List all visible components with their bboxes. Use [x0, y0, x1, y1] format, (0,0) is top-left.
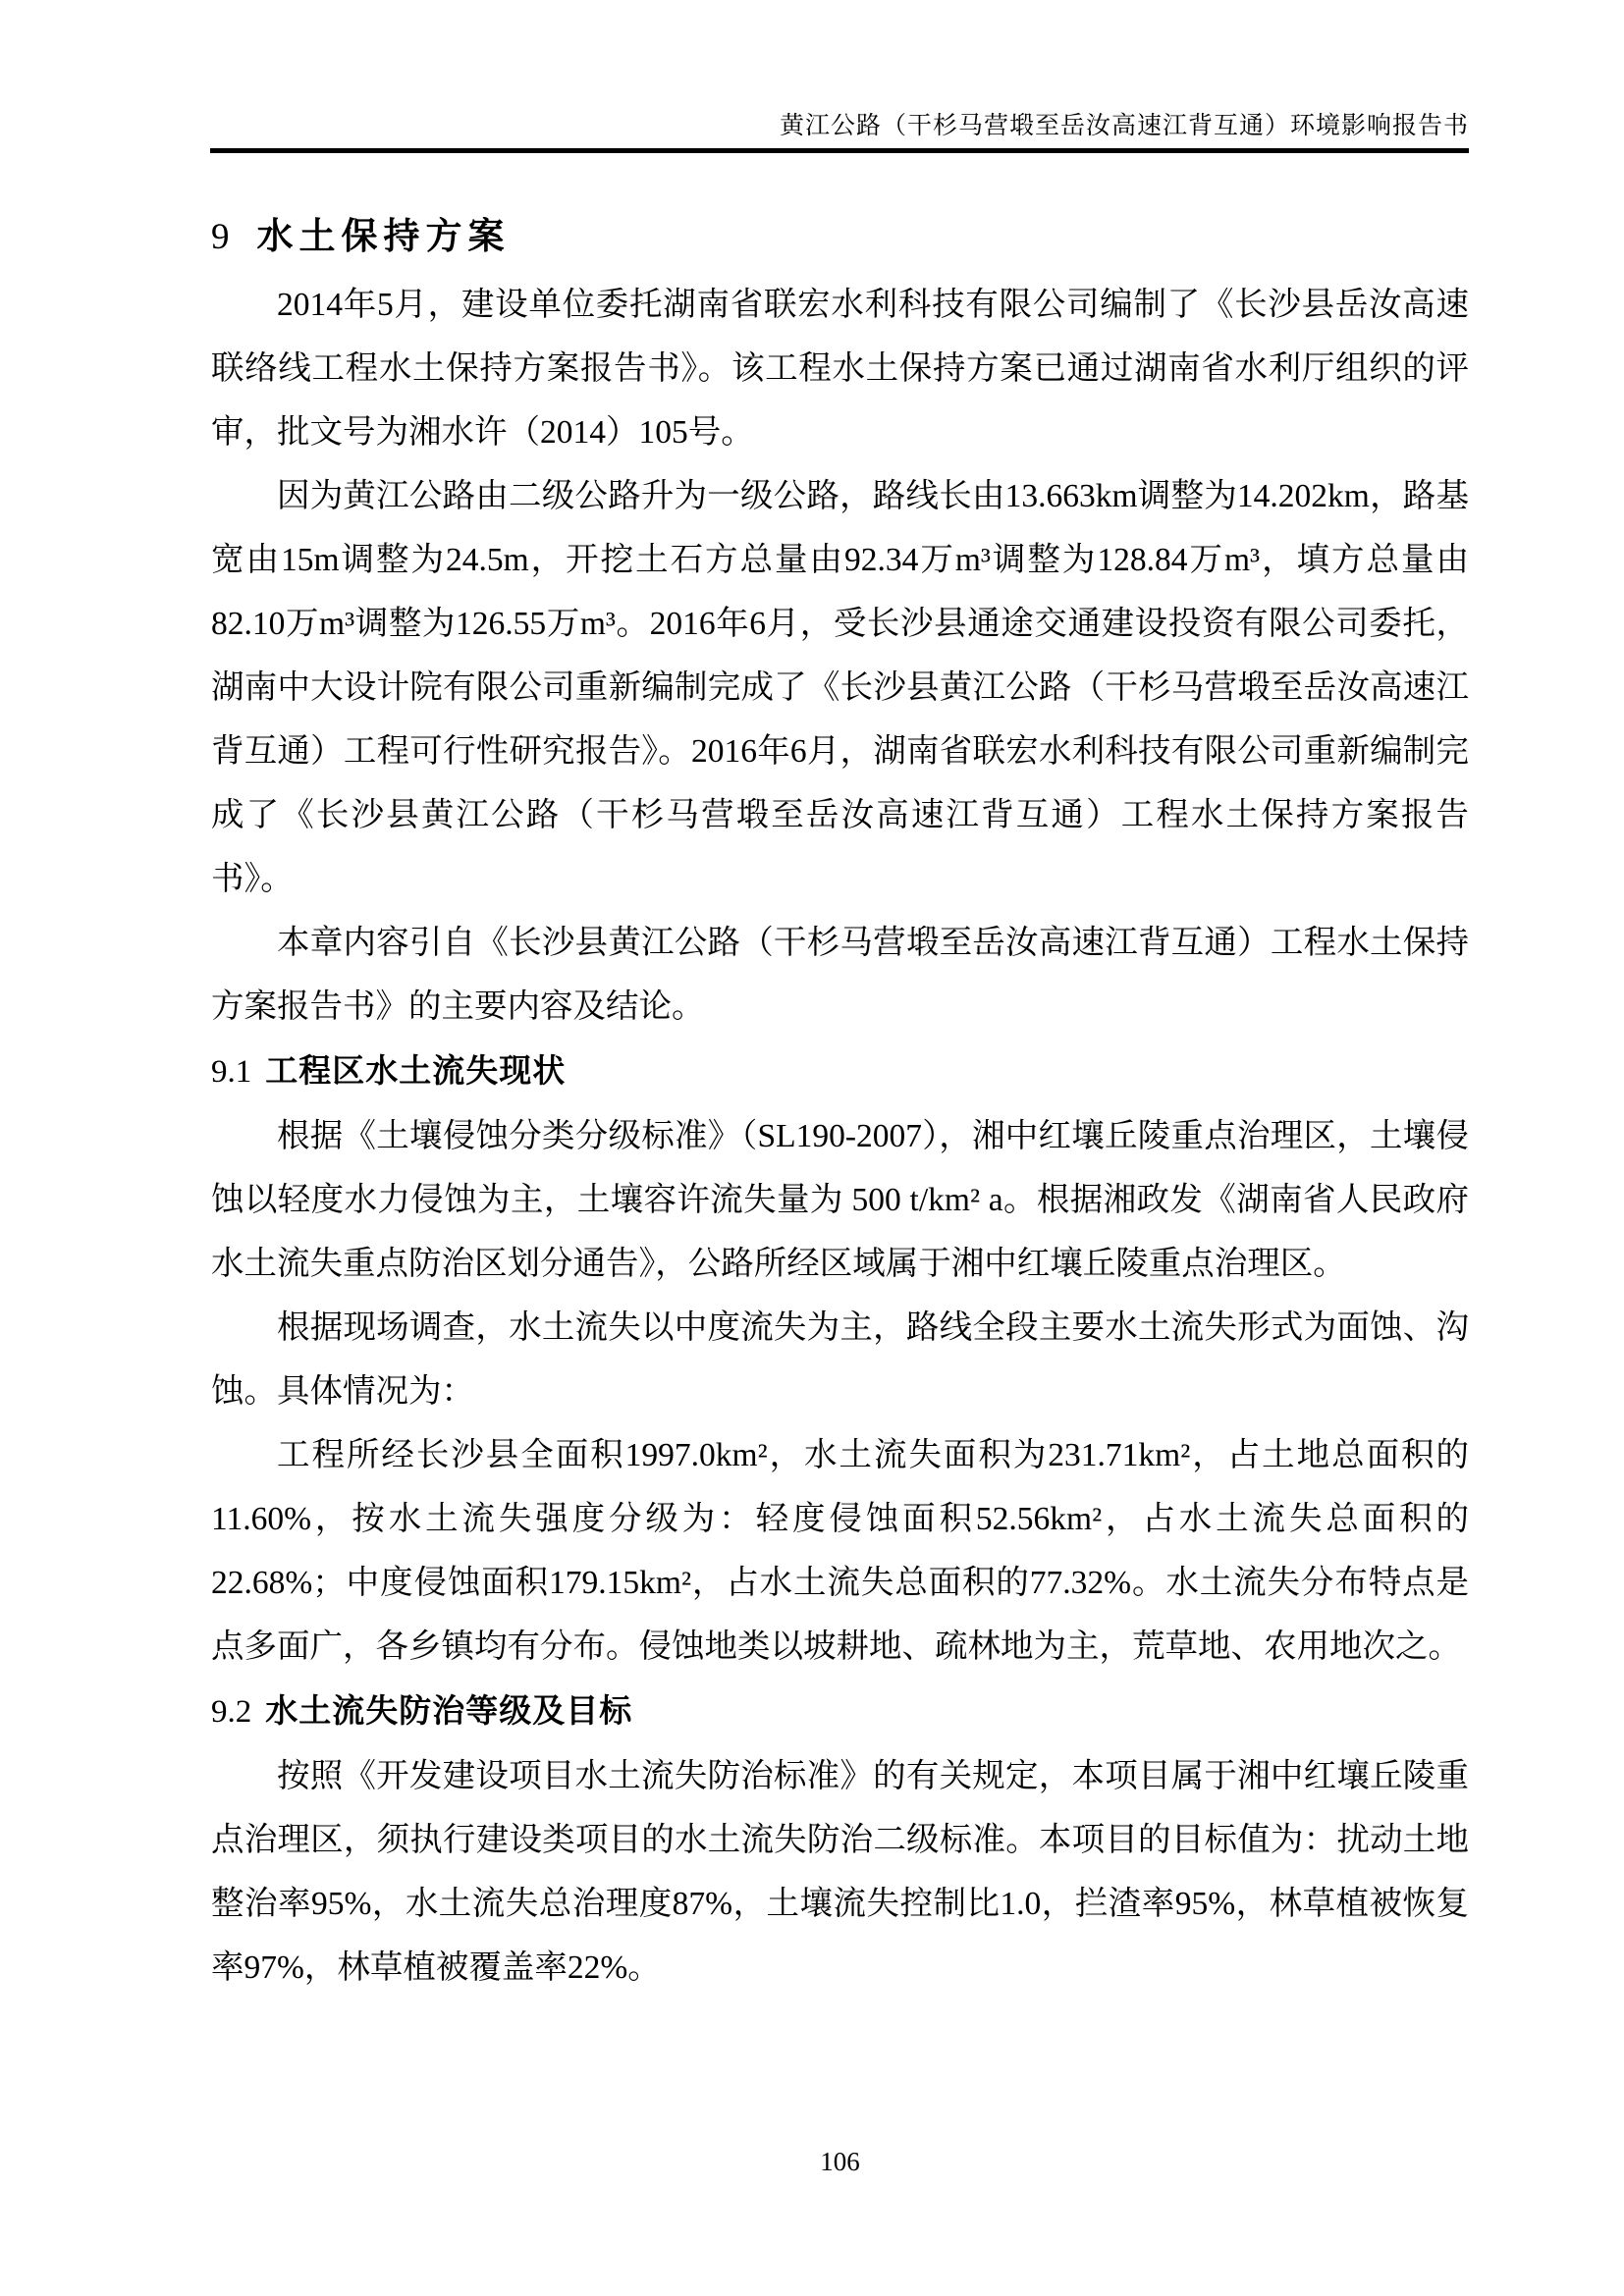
chapter-heading: 9水土保持方案: [211, 215, 1469, 259]
document-body: 9水土保持方案 2014年5月，建设单位委托湖南省联宏水利科技有限公司编制了《长…: [211, 154, 1469, 2000]
section-9-2-number: 9.2: [211, 1694, 251, 1730]
section-9-1-number: 9.1: [211, 1054, 251, 1090]
section-9-2-heading: 9.2水土流失防治等级及目标: [211, 1679, 1469, 1744]
paragraph-intro-3: 本章内容引自《长沙县黄江公路（干杉马营塅至岳汝高速江背互通）工程水土保持方案报告…: [211, 911, 1469, 1039]
report-page: 黄江公路（干杉马营塅至岳汝高速江背互通）环境影响报告书 9水土保持方案 2014…: [0, 0, 1624, 2296]
paragraph-9-1-3: 工程所经长沙县全面积1997.0km²，水土流失面积为231.71km²，占土地…: [211, 1423, 1469, 1679]
paragraph-9-2-1: 按照《开发建设项目水土流失防治标准》的有关规定，本项目属于湘中红壤丘陵重点治理区…: [211, 1744, 1469, 2000]
section-9-1-heading: 9.1工程区水土流失现状: [211, 1039, 1469, 1104]
section-9-1-title: 工程区水土流失现状: [265, 1052, 566, 1089]
paragraph-intro-1: 2014年5月，建设单位委托湖南省联宏水利科技有限公司编制了《长沙县岳汝高速联络…: [211, 273, 1469, 464]
paragraph-9-1-2: 根据现场调查，水土流失以中度流失为主，路线全段主要水土流失形式为面蚀、沟蚀。具体…: [211, 1296, 1469, 1423]
running-header-title: 黄江公路（干杉马营塅至岳汝高速江背互通）环境影响报告书: [211, 110, 1469, 143]
page-number: 106: [211, 2146, 1469, 2177]
header-rule: [210, 148, 1469, 153]
chapter-number: 9: [211, 217, 230, 257]
section-9-2-title: 水土流失防治等级及目标: [265, 1692, 632, 1729]
paragraph-intro-2: 因为黄江公路由二级公路升为一级公路，路线长由13.663km调整为14.202k…: [211, 464, 1469, 911]
paragraph-9-1-1: 根据《土壤侵蚀分类分级标准》（SL190-2007），湘中红壤丘陵重点治理区，土…: [211, 1104, 1469, 1296]
chapter-title: 水土保持方案: [257, 216, 511, 256]
